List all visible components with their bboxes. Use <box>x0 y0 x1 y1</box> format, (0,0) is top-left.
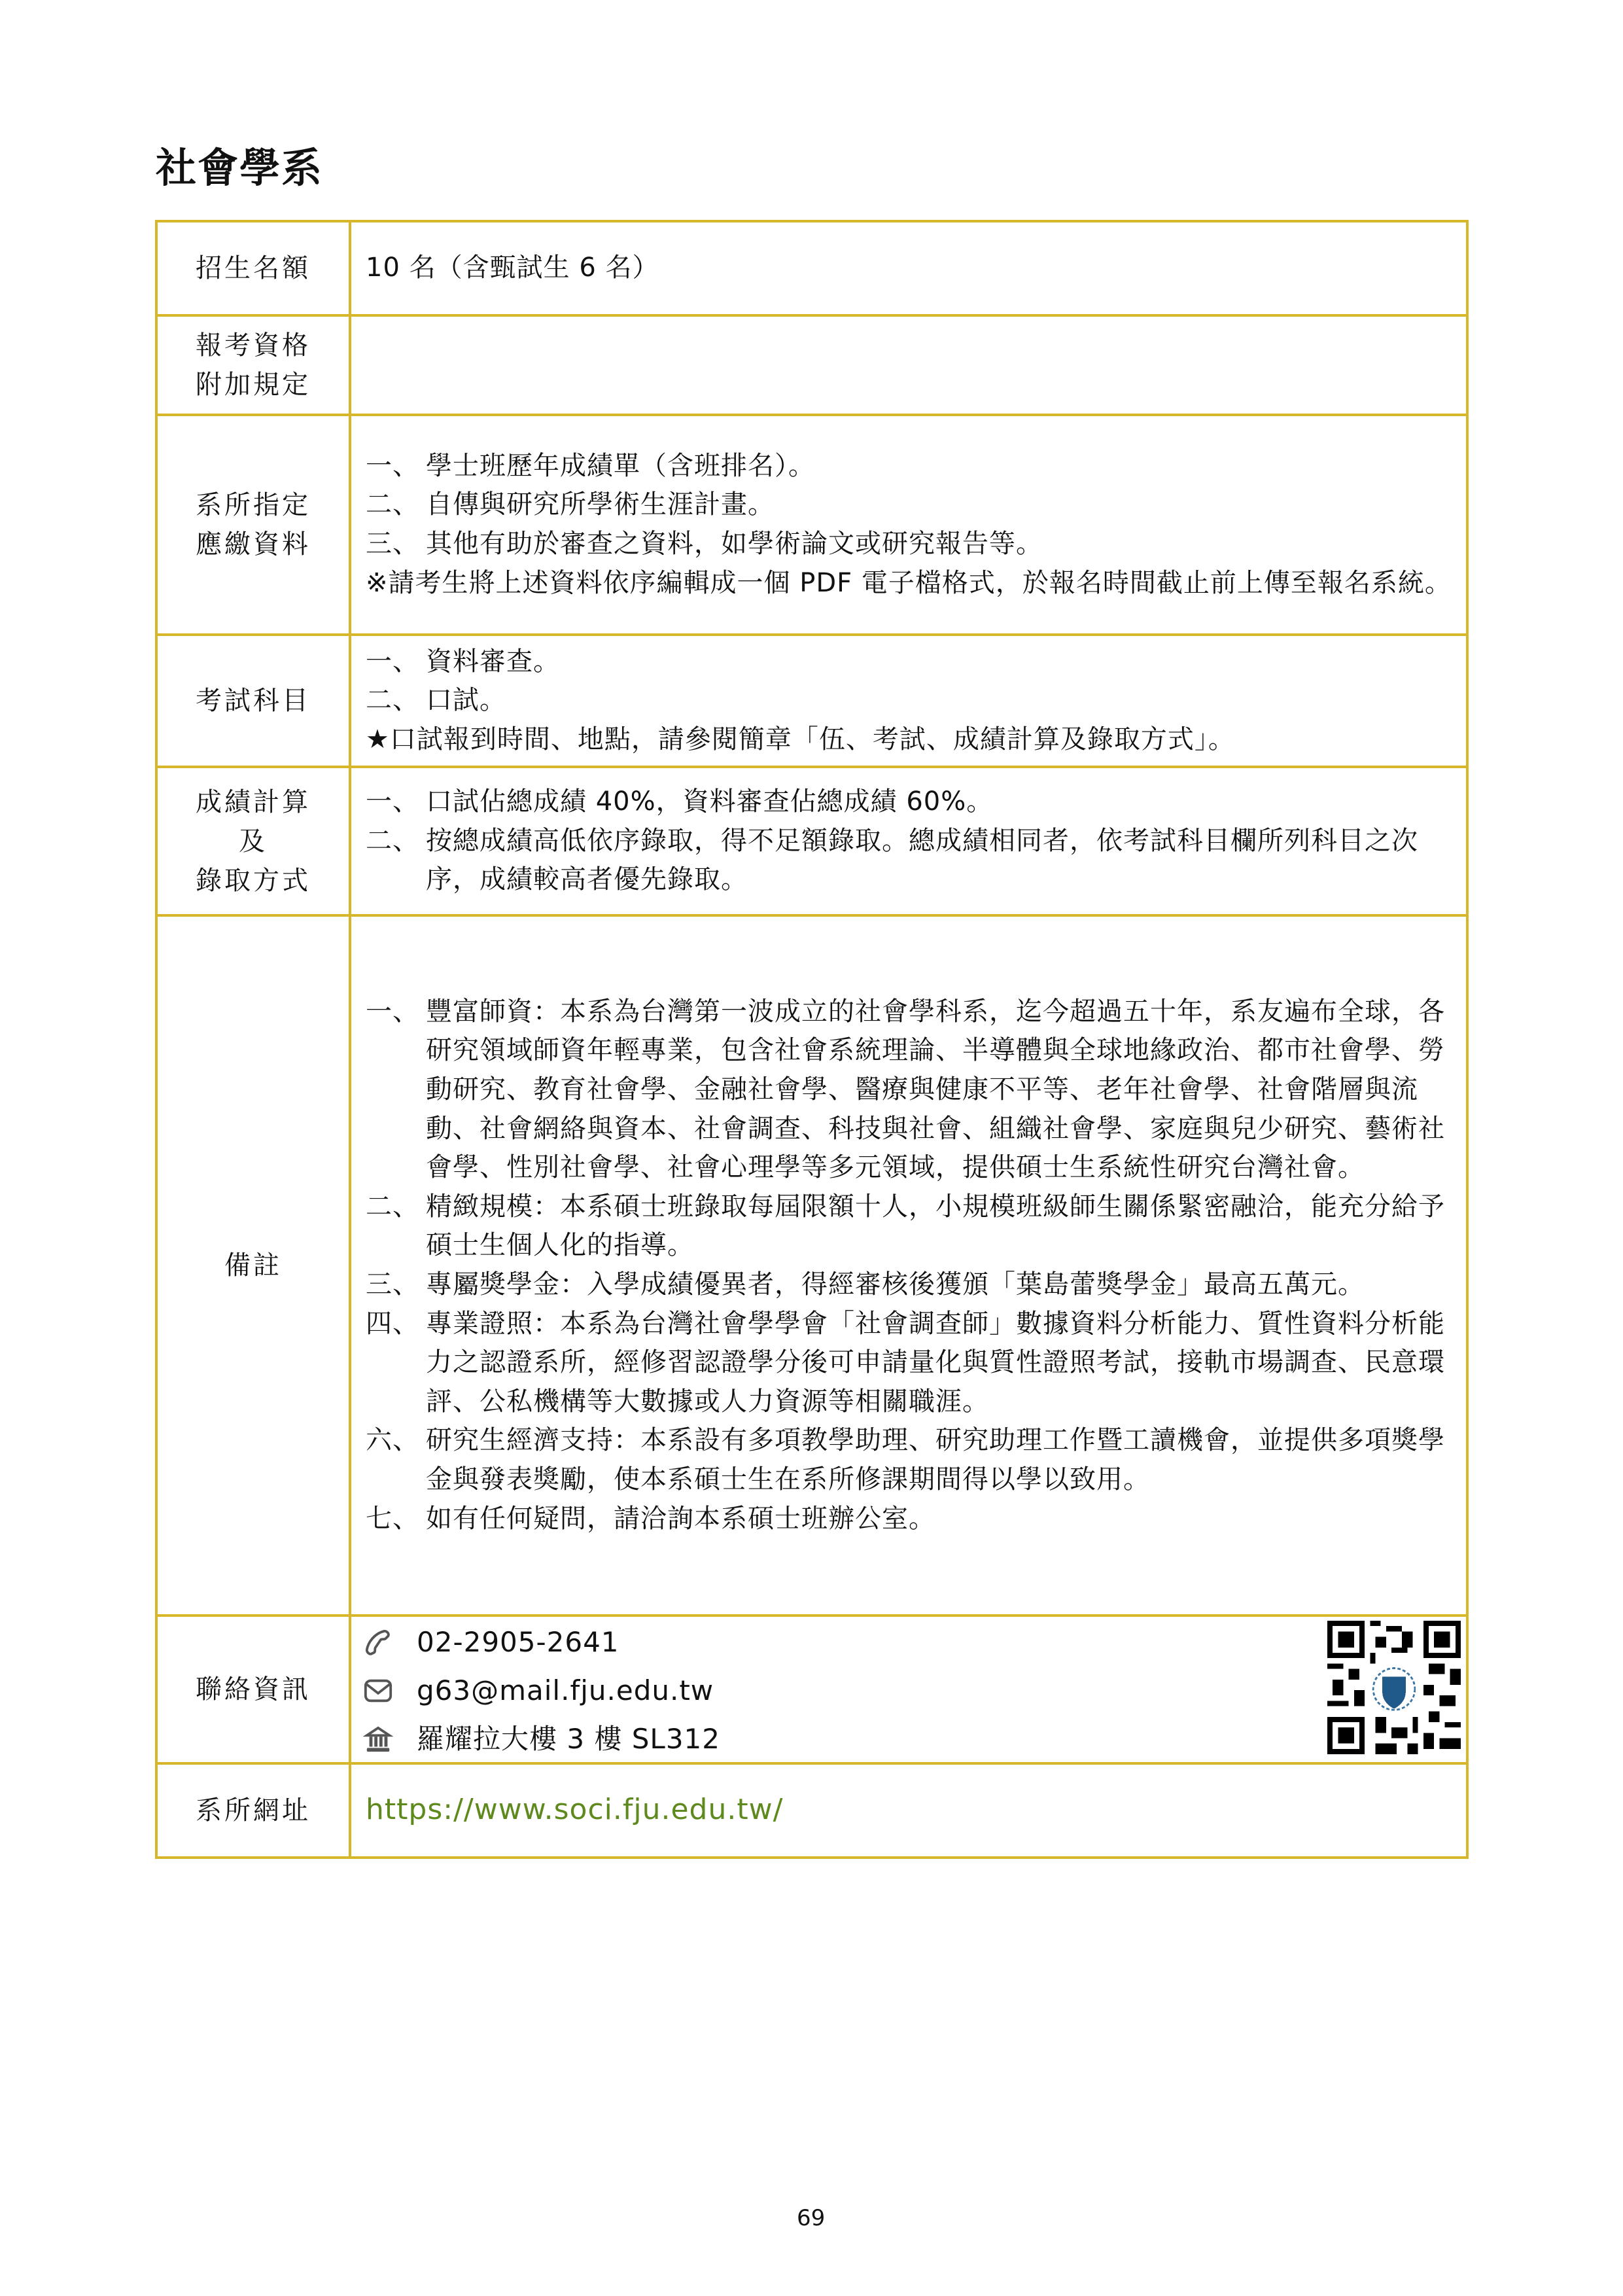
list-item: 一、口試佔總成績 40%，資料審查佔總成績 60%。 <box>366 783 1456 822</box>
item-number: 一、 <box>366 447 426 486</box>
item-text: 自傳與研究所學術生涯計畫。 <box>426 489 775 520</box>
list-item: 二、按總成績高低依序錄取，得不足額錄取。總成績相同者，依考試科目欄所列科目之次序… <box>366 822 1456 900</box>
list-item: 二、口試。 <box>366 681 1456 720</box>
contact-phone: 02-2905-2641 <box>363 1618 1466 1667</box>
page-title: 社會學系 <box>156 140 323 196</box>
list-item: 二、精緻規模：本系碩士班錄取每屆限額十人，小規模班級師生關係緊密融洽，能充分給予… <box>366 1188 1456 1265</box>
building-icon <box>363 1724 417 1754</box>
item-text: 口試。 <box>426 685 506 715</box>
email-address[interactable]: g63@mail.fju.edu.tw <box>417 1671 714 1710</box>
label-website: 系所網址 <box>156 1763 350 1858</box>
list-item: 三、專屬獎學金：入學成績優異者，得經審核後獲頒「葉島蕾獎學金」最高五萬元。 <box>366 1265 1456 1305</box>
list-item: 四、專業證照：本系為台灣社會學學會「社會調查師」數據資料分析能力、質性資料分析能… <box>366 1305 1456 1422</box>
row-eligibility: 報考資格 附加規定 <box>156 315 1467 415</box>
admission-info-table: 招生名額 10 名（含甄試生 6 名） 報考資格 附加規定 系所指定 應繳資料 … <box>155 220 1469 1859</box>
value-quota: 10 名（含甄試生 6 名） <box>350 221 1467 315</box>
label-line: 報考資格 <box>158 326 349 365</box>
row-quota: 招生名額 10 名（含甄試生 6 名） <box>156 221 1467 315</box>
value-website: https://www.soci.fju.edu.tw/ <box>350 1763 1467 1858</box>
label-line: 成績計算 <box>158 783 349 822</box>
label-line: 系所指定 <box>158 486 349 525</box>
row-documents: 系所指定 應繳資料 一、學士班歷年成績單（含班排名）。 二、自傳與研究所學術生涯… <box>156 415 1467 635</box>
label-documents: 系所指定 應繳資料 <box>156 415 350 635</box>
item-text: 學士班歷年成績單（含班排名）。 <box>426 451 815 481</box>
item-number: 二、 <box>366 681 426 720</box>
qr-code[interactable] <box>1327 1621 1461 1754</box>
item-number: 一、 <box>366 643 426 682</box>
row-grading: 成績計算 及 錄取方式 一、口試佔總成績 40%，資料審查佔總成績 60%。 二… <box>156 767 1467 915</box>
item-number: 一、 <box>366 993 426 1032</box>
label-line: 及 <box>158 822 349 861</box>
label-remarks: 備註 <box>156 915 350 1616</box>
item-number: 一、 <box>366 783 426 822</box>
item-text: 精緻規模：本系碩士班錄取每屆限額十人，小規模班級師生關係緊密融洽，能充分給予碩士… <box>426 1192 1445 1261</box>
item-text: 資料審查。 <box>426 646 560 677</box>
item-number: 三、 <box>366 1265 426 1305</box>
item-text: 研究生經濟支持：本系設有多項教學助理、研究助理工作暨工讀機會，並提供多項獎學金與… <box>426 1425 1445 1494</box>
row-contact: 聯絡資訊 02-2905-2641 g63@mail.fju.edu.tw <box>156 1616 1467 1763</box>
department-website-link[interactable]: https://www.soci.fju.edu.tw/ <box>366 1793 783 1826</box>
quota-text: 10 名（含甄試生 6 名） <box>366 249 1456 288</box>
item-text: 其他有助於審查之資料，如學術論文或研究報告等。 <box>426 529 1043 559</box>
value-remarks: 一、豐富師資：本系為台灣第一波成立的社會學科系，迄今超過五十年，系友遍布全球，各… <box>350 915 1467 1616</box>
item-number: 二、 <box>366 822 426 861</box>
item-number: 二、 <box>366 486 426 525</box>
item-text: 口試佔總成績 40%，資料審查佔總成績 60%。 <box>426 786 993 817</box>
value-contact: 02-2905-2641 g63@mail.fju.edu.tw 羅耀拉大樓 3… <box>350 1616 1467 1763</box>
item-number: 七、 <box>366 1500 426 1539</box>
label-line: 應繳資料 <box>158 525 349 564</box>
phone-number[interactable]: 02-2905-2641 <box>417 1623 620 1662</box>
row-website: 系所網址 https://www.soci.fju.edu.tw/ <box>156 1763 1467 1858</box>
list-item: 七、如有任何疑問，請洽詢本系碩士班辦公室。 <box>366 1500 1456 1539</box>
row-exam-subjects: 考試科目 一、資料審查。 二、口試。 ★口試報到時間、地點，請參閱簡章「伍、考試… <box>156 635 1467 767</box>
label-grading: 成績計算 及 錄取方式 <box>156 767 350 915</box>
contact-email: g63@mail.fju.edu.tw <box>363 1667 1466 1715</box>
item-text: 如有任何疑問，請洽詢本系碩士班辦公室。 <box>426 1504 935 1534</box>
list-item: 六、研究生經濟支持：本系設有多項教學助理、研究助理工作暨工讀機會，並提供多項獎學… <box>366 1421 1456 1499</box>
contact-address: 羅耀拉大樓 3 樓 SL312 <box>363 1715 1466 1763</box>
list-item: 三、其他有助於審查之資料，如學術論文或研究報告等。 <box>366 525 1456 564</box>
value-grading: 一、口試佔總成績 40%，資料審查佔總成績 60%。 二、按總成績高低依序錄取，… <box>350 767 1467 915</box>
value-eligibility <box>350 315 1467 415</box>
oral-exam-note: ★口試報到時間、地點，請參閱簡章「伍、考試、成績計算及錄取方式」。 <box>366 720 1456 760</box>
item-text: 按總成績高低依序錄取，得不足額錄取。總成績相同者，依考試科目欄所列科目之次序，成… <box>426 826 1418 895</box>
row-remarks: 備註 一、豐富師資：本系為台灣第一波成立的社會學科系，迄今超過五十年，系友遍布全… <box>156 915 1467 1616</box>
item-number: 二、 <box>366 1188 426 1227</box>
list-item: 一、豐富師資：本系為台灣第一波成立的社會學科系，迄今超過五十年，系友遍布全球，各… <box>366 993 1456 1188</box>
label-line: 錄取方式 <box>158 861 349 900</box>
item-number: 六、 <box>366 1421 426 1460</box>
contact-block: 02-2905-2641 g63@mail.fju.edu.tw 羅耀拉大樓 3… <box>363 1618 1466 1761</box>
list-item: 一、資料審查。 <box>366 643 1456 682</box>
phone-icon <box>363 1627 417 1657</box>
item-text: 專業證照：本系為台灣社會學學會「社會調查師」數據資料分析能力、質性資料分析能力之… <box>426 1309 1445 1417</box>
upload-note: ※請考生將上述資料依序編輯成一個 PDF 電子檔格式，於報名時間截止前上傳至報名… <box>366 564 1456 603</box>
item-text: 專屬獎學金：入學成績優異者，得經審核後獲頒「葉島蕾獎學金」最高五萬元。 <box>426 1269 1365 1299</box>
label-line: 附加規定 <box>158 365 349 404</box>
label-contact: 聯絡資訊 <box>156 1616 350 1763</box>
item-text: 豐富師資：本系為台灣第一波成立的社會學科系，迄今超過五十年，系友遍布全球，各研究… <box>426 997 1445 1182</box>
label-quota: 招生名額 <box>156 221 350 315</box>
item-number: 四、 <box>366 1305 426 1344</box>
mail-icon <box>363 1676 417 1706</box>
office-address: 羅耀拉大樓 3 樓 SL312 <box>417 1720 720 1759</box>
page-number: 69 <box>797 2205 825 2231</box>
label-exam-subjects: 考試科目 <box>156 635 350 767</box>
label-eligibility: 報考資格 附加規定 <box>156 315 350 415</box>
value-exam-subjects: 一、資料審查。 二、口試。 ★口試報到時間、地點，請參閱簡章「伍、考試、成績計算… <box>350 635 1467 767</box>
list-item: 二、自傳與研究所學術生涯計畫。 <box>366 486 1456 525</box>
value-documents: 一、學士班歷年成績單（含班排名）。 二、自傳與研究所學術生涯計畫。 三、其他有助… <box>350 415 1467 635</box>
list-item: 一、學士班歷年成績單（含班排名）。 <box>366 447 1456 486</box>
item-number: 三、 <box>366 525 426 564</box>
